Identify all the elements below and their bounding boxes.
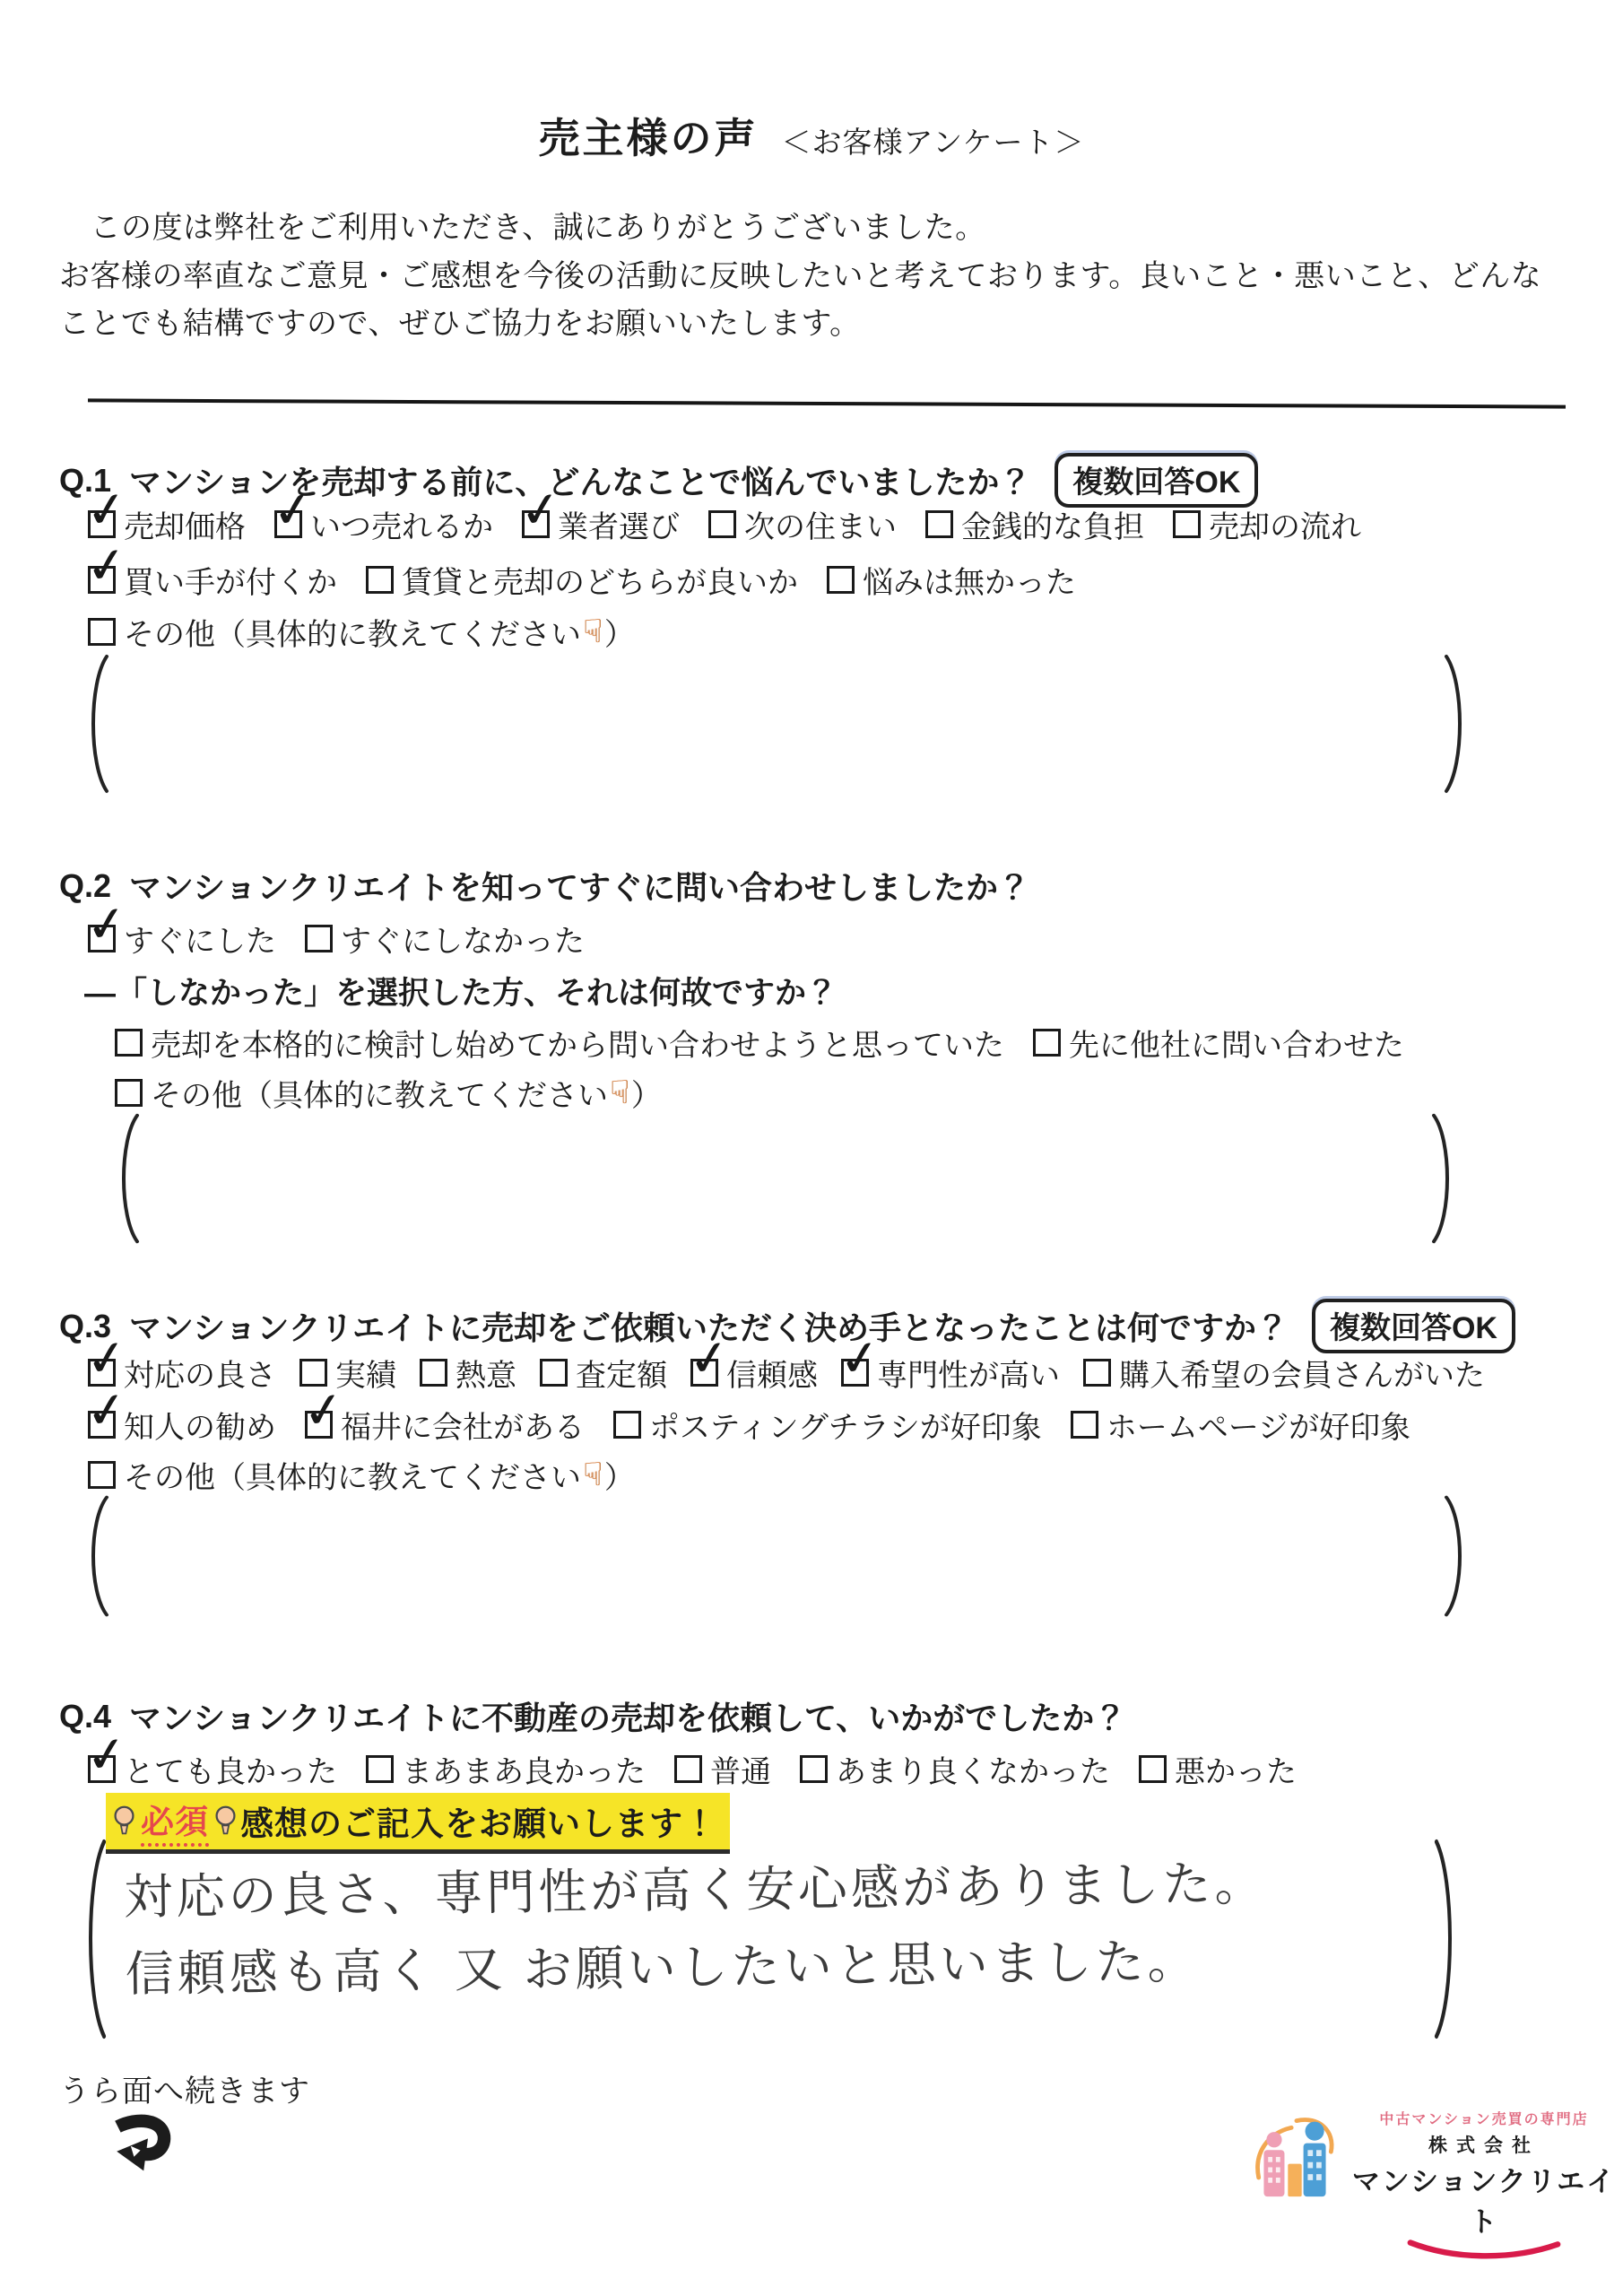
- checkbox[interactable]: [841, 1359, 869, 1387]
- checkbox[interactable]: [305, 1411, 333, 1439]
- q3-multi-answer-badge: 複数回答OK: [1312, 1299, 1515, 1353]
- option-q4-fairly-good[interactable]: まあまあ良かった: [366, 1747, 646, 1791]
- q3-options-row3: その他（具体的に教えてください☟）: [88, 1453, 664, 1497]
- checkbox[interactable]: [1173, 510, 1201, 538]
- logo-company-prefix: 株式会社: [1345, 2131, 1623, 2158]
- option-q3-member-buyers[interactable]: 購入希望の会員さんがいた: [1083, 1351, 1485, 1395]
- q1-header: Q.1 マンションを売却する前に、どんなことで悩んでいましたか？ 複数回答OK: [59, 453, 1258, 508]
- option-q2-immediately[interactable]: すぐにした: [88, 917, 276, 961]
- q4-header: Q.4 マンションクリエイトに不動産の売却を依頼して、いかがでしたか？: [59, 1693, 1126, 1739]
- option-q2-not-immediately[interactable]: すぐにしなかった: [305, 917, 585, 961]
- close-paren-icon: [1442, 1494, 1474, 1618]
- lightbulb-icon: [213, 1804, 238, 1838]
- option-q4-average[interactable]: 普通: [674, 1747, 771, 1791]
- pointing-down-icon: ☟: [610, 1074, 629, 1111]
- continue-on-back-note: うら面へ続きます: [59, 2066, 310, 2110]
- checkbox[interactable]: [522, 510, 550, 538]
- divider-line: [88, 398, 1566, 408]
- q2-options-row3: その他（具体的に教えてください☟）: [115, 1071, 690, 1115]
- company-logo: 中古マンション売買の専門店 株式会社 マンションクリエイト: [1252, 2108, 1623, 2264]
- pointing-down-icon: ☟: [583, 1457, 603, 1493]
- open-paren-icon: [79, 1494, 111, 1618]
- option-q4-not-so-good[interactable]: あまり良くなかった: [800, 1747, 1110, 1791]
- option-q4-very-good[interactable]: とても良かった: [88, 1747, 337, 1791]
- q1-free-answer-area[interactable]: [79, 653, 1474, 795]
- page-title: 売主様の声: [538, 106, 758, 165]
- checkbox[interactable]: [115, 1029, 143, 1057]
- q4-question: マンションクリエイトに不動産の売却を依頼して、いかがでしたか？: [129, 1693, 1126, 1739]
- option-q2-other[interactable]: その他（具体的に教えてください☟）: [115, 1071, 662, 1115]
- option-q3-website-impression[interactable]: ホームページが好印象: [1071, 1403, 1410, 1447]
- handwritten-line-2: 信頼感も高く 又 お願いしたいと思いました。: [125, 1921, 1417, 2014]
- page-header: 売主様の声 ＜お客様アンケート＞: [0, 106, 1623, 165]
- checkbox[interactable]: [1083, 1359, 1111, 1387]
- open-paren-icon: [109, 1112, 142, 1245]
- checkbox[interactable]: [827, 566, 855, 594]
- logo-tagline: 中古マンション売買の専門店: [1345, 2108, 1623, 2128]
- checkbox[interactable]: [1139, 1755, 1167, 1783]
- q3-header: Q.3 マンションクリエイトに売却をご依頼いただく決め手となったことは何ですか？…: [59, 1299, 1515, 1353]
- pointing-down-icon: ☟: [583, 613, 603, 650]
- checkbox[interactable]: [88, 566, 116, 594]
- logo-company-name: マンションクリエイト: [1345, 2159, 1623, 2239]
- option-q1-no-worries[interactable]: 悩みは無かった: [827, 558, 1076, 602]
- option-q3-company-in-fukui[interactable]: 福井に会社がある: [305, 1403, 585, 1447]
- open-paren-icon: [79, 653, 111, 795]
- intro-text: この度は弊社をご利用いただき、誠にありがとうございました。 お客様の率直なご意見…: [59, 204, 1571, 349]
- handwritten-answer: 対応の良さ、専門性が高く安心感がありました。 信頼感も高く 又 お願いしたいと思…: [75, 1829, 1465, 2015]
- option-q1-rent-or-sell[interactable]: 賃貸と売却のどちらが良いか: [366, 558, 798, 602]
- checkbox[interactable]: [420, 1359, 447, 1387]
- q1-question: マンションを売却する前に、どんなことで悩んでいましたか？: [129, 457, 1031, 503]
- q4-options-row1: とても良かった まあまあ良かった 普通 あまり良くなかった 悪かった: [88, 1747, 1325, 1791]
- option-q3-appraisal-price[interactable]: 査定額: [540, 1351, 667, 1395]
- q2-options-row1: すぐにした すぐにしなかった: [88, 917, 613, 961]
- checkbox[interactable]: [305, 925, 333, 952]
- turn-page-arrow-icon: [104, 2109, 181, 2185]
- option-q1-other[interactable]: その他（具体的に教えてください☟）: [88, 610, 635, 654]
- survey-page: 売主様の声 ＜お客様アンケート＞ この度は弊社をご利用いただき、誠にありがとうご…: [0, 0, 1623, 2296]
- close-paren-icon: [1442, 653, 1474, 795]
- checkbox[interactable]: [1071, 1411, 1098, 1439]
- option-q2-after-serious-consideration[interactable]: 売却を本格的に検討し始めてから問い合わせようと思っていた: [115, 1021, 1004, 1065]
- option-q3-high-expertise[interactable]: 専門性が高い: [841, 1351, 1060, 1395]
- q1-options-row3: その他（具体的に教えてください☟）: [88, 610, 664, 654]
- checkbox[interactable]: [88, 618, 116, 646]
- checkbox[interactable]: [299, 1359, 327, 1387]
- checkbox[interactable]: [690, 1359, 718, 1387]
- q2-options-row2: 売却を本格的に検討し始めてから問い合わせようと思っていた 先に他社に問い合わせた: [115, 1021, 1433, 1065]
- option-q3-trust[interactable]: 信頼感: [690, 1351, 818, 1395]
- close-paren-icon: [1429, 1112, 1462, 1245]
- option-q1-sale-flow[interactable]: 売却の流れ: [1173, 502, 1361, 546]
- checkbox[interactable]: [366, 566, 394, 594]
- company-logo-mark-icon: [1252, 2108, 1338, 2205]
- option-q1-next-home[interactable]: 次の住まい: [708, 502, 897, 546]
- checkbox[interactable]: [613, 1411, 641, 1439]
- option-q2-asked-other-company-first[interactable]: 先に他社に問い合わせた: [1033, 1021, 1404, 1065]
- option-q3-other[interactable]: その他（具体的に教えてください☟）: [88, 1453, 635, 1497]
- q2-free-answer-area[interactable]: [109, 1112, 1462, 1245]
- logo-smile-swoosh-icon: [1399, 2238, 1569, 2259]
- checkbox[interactable]: [800, 1755, 828, 1783]
- option-q3-flyer-impression[interactable]: ポスティングチラシが好印象: [613, 1403, 1042, 1447]
- option-q1-financial-burden[interactable]: 金銭的な負担: [925, 502, 1144, 546]
- q1-multi-answer-badge: 複数回答OK: [1055, 453, 1258, 508]
- checkbox[interactable]: [1033, 1029, 1061, 1057]
- lightbulb-icon: [112, 1804, 136, 1838]
- q3-options-row2: 知人の勧め 福井に会社がある ポスティングチラシが好印象 ホームページが好印象: [88, 1403, 1439, 1447]
- checkbox[interactable]: [925, 510, 953, 538]
- checkbox[interactable]: [115, 1079, 143, 1107]
- checkbox[interactable]: [366, 1755, 394, 1783]
- checkbox[interactable]: [674, 1755, 702, 1783]
- option-q1-find-buyer[interactable]: 買い手が付くか: [88, 558, 337, 602]
- option-q3-friend-recommendation[interactable]: 知人の勧め: [88, 1403, 276, 1447]
- q4-free-answer-area[interactable]: 対応の良さ、専門性が高く安心感がありました。 信頼感も高く 又 お願いしたいと思…: [76, 1837, 1464, 2041]
- checkbox[interactable]: [88, 1755, 116, 1783]
- checkbox[interactable]: [708, 510, 736, 538]
- checkbox[interactable]: [88, 1411, 116, 1439]
- q1-options-row2: 買い手が付くか 賃貸と売却のどちらが良いか 悩みは無かった: [88, 558, 1105, 602]
- option-q1-when-sell[interactable]: いつ売れるか: [274, 502, 493, 546]
- option-q4-bad[interactable]: 悪かった: [1139, 1747, 1297, 1791]
- q2-header: Q.2 マンションクリエイトを知ってすぐに問い合わせしましたか？: [59, 863, 1030, 909]
- checkbox[interactable]: [540, 1359, 568, 1387]
- checkbox[interactable]: [88, 925, 116, 952]
- page-subtitle: ＜お客様アンケート＞: [781, 119, 1084, 161]
- option-q3-enthusiasm[interactable]: 熱意: [420, 1351, 516, 1395]
- checkbox[interactable]: [88, 510, 116, 538]
- q2-sub-question: ―「しなかった」を選択した方、それは何故ですか？: [84, 969, 838, 1013]
- option-q1-agent-choice[interactable]: 業者選び: [522, 502, 680, 546]
- q2-question: マンションクリエイトを知ってすぐに問い合わせしましたか？: [129, 863, 1030, 909]
- checkbox[interactable]: [88, 1461, 116, 1489]
- q3-free-answer-area[interactable]: [79, 1494, 1474, 1618]
- q1-options-row1: 売却価格 いつ売れるか 業者選び 次の住まい 金銭的な負担 売却の流れ: [88, 502, 1390, 546]
- intro-line-2: お客様の率直なご意見・ご感想を今後の活動に反映したいと考えております。良いこと・…: [59, 253, 1571, 349]
- intro-line-1: この度は弊社をご利用いただき、誠にありがとうございました。: [59, 204, 1571, 253]
- handwritten-line-1: 対応の良さ、専門性が高く安心感がありました。: [124, 1843, 1416, 1936]
- checkbox[interactable]: [274, 510, 302, 538]
